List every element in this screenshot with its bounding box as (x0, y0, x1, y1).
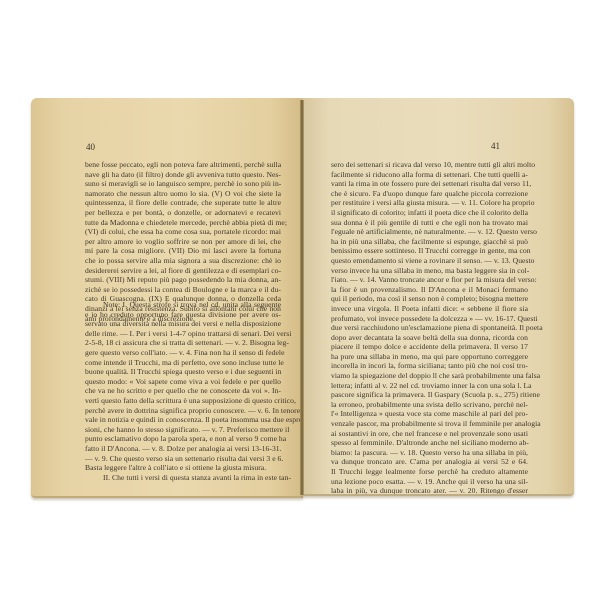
text-line: qui il periodo, ma così il senso non è c… (331, 294, 528, 304)
text-line: perchè avere in dottrina significa propr… (85, 406, 281, 416)
text-line: Note: I. Questa strofe si trova nel cd. … (85, 300, 281, 310)
text-line: va dunque troncato are. C'ama per analog… (331, 457, 528, 467)
text-line: per altro amore io voglio soffrire se no… (85, 237, 281, 247)
text-line: spesso al femminile. D'altronde anche ne… (331, 438, 528, 448)
page-number-right: 41 (491, 141, 500, 151)
page-number-left: 40 (86, 142, 95, 152)
text-line: incorella in incori la, forma siciliana;… (331, 361, 528, 371)
text-line: profumato, voi invece possedete la dolce… (331, 314, 528, 324)
text-line: quintessenza, il fiore delle contrade, c… (85, 198, 281, 208)
text-line: dopo aver decantata la soave beltà della… (331, 333, 528, 343)
text-line: vale in notizia e quindi in conoscenza. … (85, 415, 281, 425)
text-line: 2-5-8, 18 ci assicura che si tratta di s… (85, 338, 281, 348)
text-line: viamo la spiegazione del doppio ll che s… (331, 371, 528, 381)
text-line: Basta leggere l'altre à coll'iato e si o… (85, 463, 281, 473)
text-line: la erroneo, probabilmente una svista del… (331, 400, 528, 410)
text-line: fatto il D'Ancona. — v. 8. Dolze per ana… (85, 444, 281, 454)
text-line: suno si meravigli se io languisco sempre… (85, 179, 281, 189)
text-line: — v. 9. Che questo verso sia un settenar… (85, 454, 281, 464)
text-line: sua donna è il più gentile di tutti e ch… (331, 218, 528, 228)
text-line: sioni, che hanno lo stesso significato. … (85, 425, 281, 435)
text-line: tutte da Madonna e chiedetele mercede, p… (85, 218, 281, 228)
text-line: per restituire i versi alla giusta misur… (331, 198, 528, 208)
text-line: che è sicuro. Fa d'uopo dunque fare qual… (331, 189, 528, 199)
text-line: vanti la rima in ote fossero pure dei se… (331, 179, 528, 189)
text-line: che va ne ho scritto e per quello che ne… (85, 386, 281, 396)
text-line: ha pure una sillaba in meno, ma qui pare… (331, 352, 528, 362)
text-line: piacere il tempo dolce e accidente della… (331, 342, 528, 352)
text-line: servato una diversità nella misura dei v… (85, 319, 281, 329)
text-line: e io ho creduto opportuno fare questa di… (85, 310, 281, 320)
text-line: una lezione poco esatta. — v. 19. Anche … (331, 477, 528, 487)
book-spine (300, 100, 304, 495)
text-line: nave gli ha dato (il filtro) donde gli a… (85, 170, 281, 180)
open-book: 40 bene fosse peccato, egli non poteva f… (0, 0, 600, 600)
text-line: biamo: la pascura. — v. 18. Questo verso… (331, 448, 528, 458)
right-page-body-text: sero dei settenari si ricava dal verso 1… (331, 160, 528, 496)
text-line: lettera; infatti al v. 22 nel cd. trovia… (331, 381, 528, 391)
text-line: facilmente si riducono alla forma di set… (331, 170, 528, 180)
text-line: II. Che tutti i versi di questa stanza a… (85, 473, 281, 483)
text-line: questo modo: « Voi sapete come viva a vo… (85, 377, 281, 387)
text-line: che io possa servire alla mia signora a … (85, 256, 281, 266)
text-line: la fior è un provenzalismo. Il D'Ancona … (331, 285, 528, 295)
text-line: Il Trucchi legge lealmente forse perchè … (331, 467, 528, 477)
text-line: come intende il Trucchi, ma di perfetto,… (85, 358, 281, 368)
text-line: verso invece ha una sillaba in meno, ma … (331, 266, 528, 276)
text-line: gere questo verso coll'iato. — v. 4. Fin… (85, 348, 281, 358)
text-line: zichè se io possedessi la contea di Boul… (85, 285, 281, 295)
text-line: namorato che nessun altro uomo lo sia. (… (85, 189, 281, 199)
text-line: pascore significa la primavera. Il Gaspa… (331, 390, 528, 400)
text-line: bene fosse peccato, egli non poteva fare… (85, 160, 281, 170)
right-page: 41 sero dei settenari si ricava dal vers… (302, 98, 574, 496)
text-line: questo emendamento si viene a rovinare i… (331, 256, 528, 266)
text-line: sero dei settenari si ricava dal verso 1… (331, 160, 528, 170)
left-page-notes: Note: I. Questa strofe si trova nel cd. … (85, 300, 281, 482)
text-line: mi pare la cosa migliore. (VII) Dio mi l… (85, 246, 281, 256)
text-line: venzale pascor, ma probabilmente si trov… (331, 419, 528, 429)
text-line: per bellezza e per bontà, o donzelle, or… (85, 208, 281, 218)
text-line: delle rime. — I. Per i versi 1-4-7 opino… (85, 329, 281, 339)
text-line: l'iato. — v. 14. Vanno troncate ancor e … (331, 275, 528, 285)
text-line: invece una virgola. Il Poeta infatti dic… (331, 304, 528, 314)
text-line: (VI) di colui, che essa ha come cosa sua… (85, 227, 281, 237)
text-line: ha in più una sillaba, che facilmente si… (331, 237, 528, 247)
text-line: il significato di colorito; infatti il p… (331, 208, 528, 218)
text-line: stumi. (VIII) Mi reputo più pago possede… (85, 275, 281, 285)
text-line: buone qualità. Il Trucchi spiega questo … (85, 367, 281, 377)
text-line: l'« Intelligenza » questa voce sta come … (331, 409, 528, 419)
text-line: benissimo essere sottinteso. Il Trucchi … (331, 246, 528, 256)
text-line: desidererei servire a lei, al fiore di g… (85, 266, 281, 276)
text-line: l'eguale nè artificialmente, nè naturalm… (331, 227, 528, 237)
left-page: 40 bene fosse peccato, egli non poteva f… (31, 98, 303, 498)
text-line: ai sostantivi in ore, che nel francese e… (331, 429, 528, 439)
text-line: punto esclamativo dopo la parola spera, … (85, 434, 281, 444)
left-page-body-text: bene fosse peccato, egli non poteva fare… (85, 160, 281, 323)
text-line: due versi racchiudono un'esclamazione pi… (331, 323, 528, 333)
text-line: vertì questo fatto della scrittura è una… (85, 396, 281, 406)
text-line: laba in più, va dunque troncato ater. — … (331, 486, 528, 496)
